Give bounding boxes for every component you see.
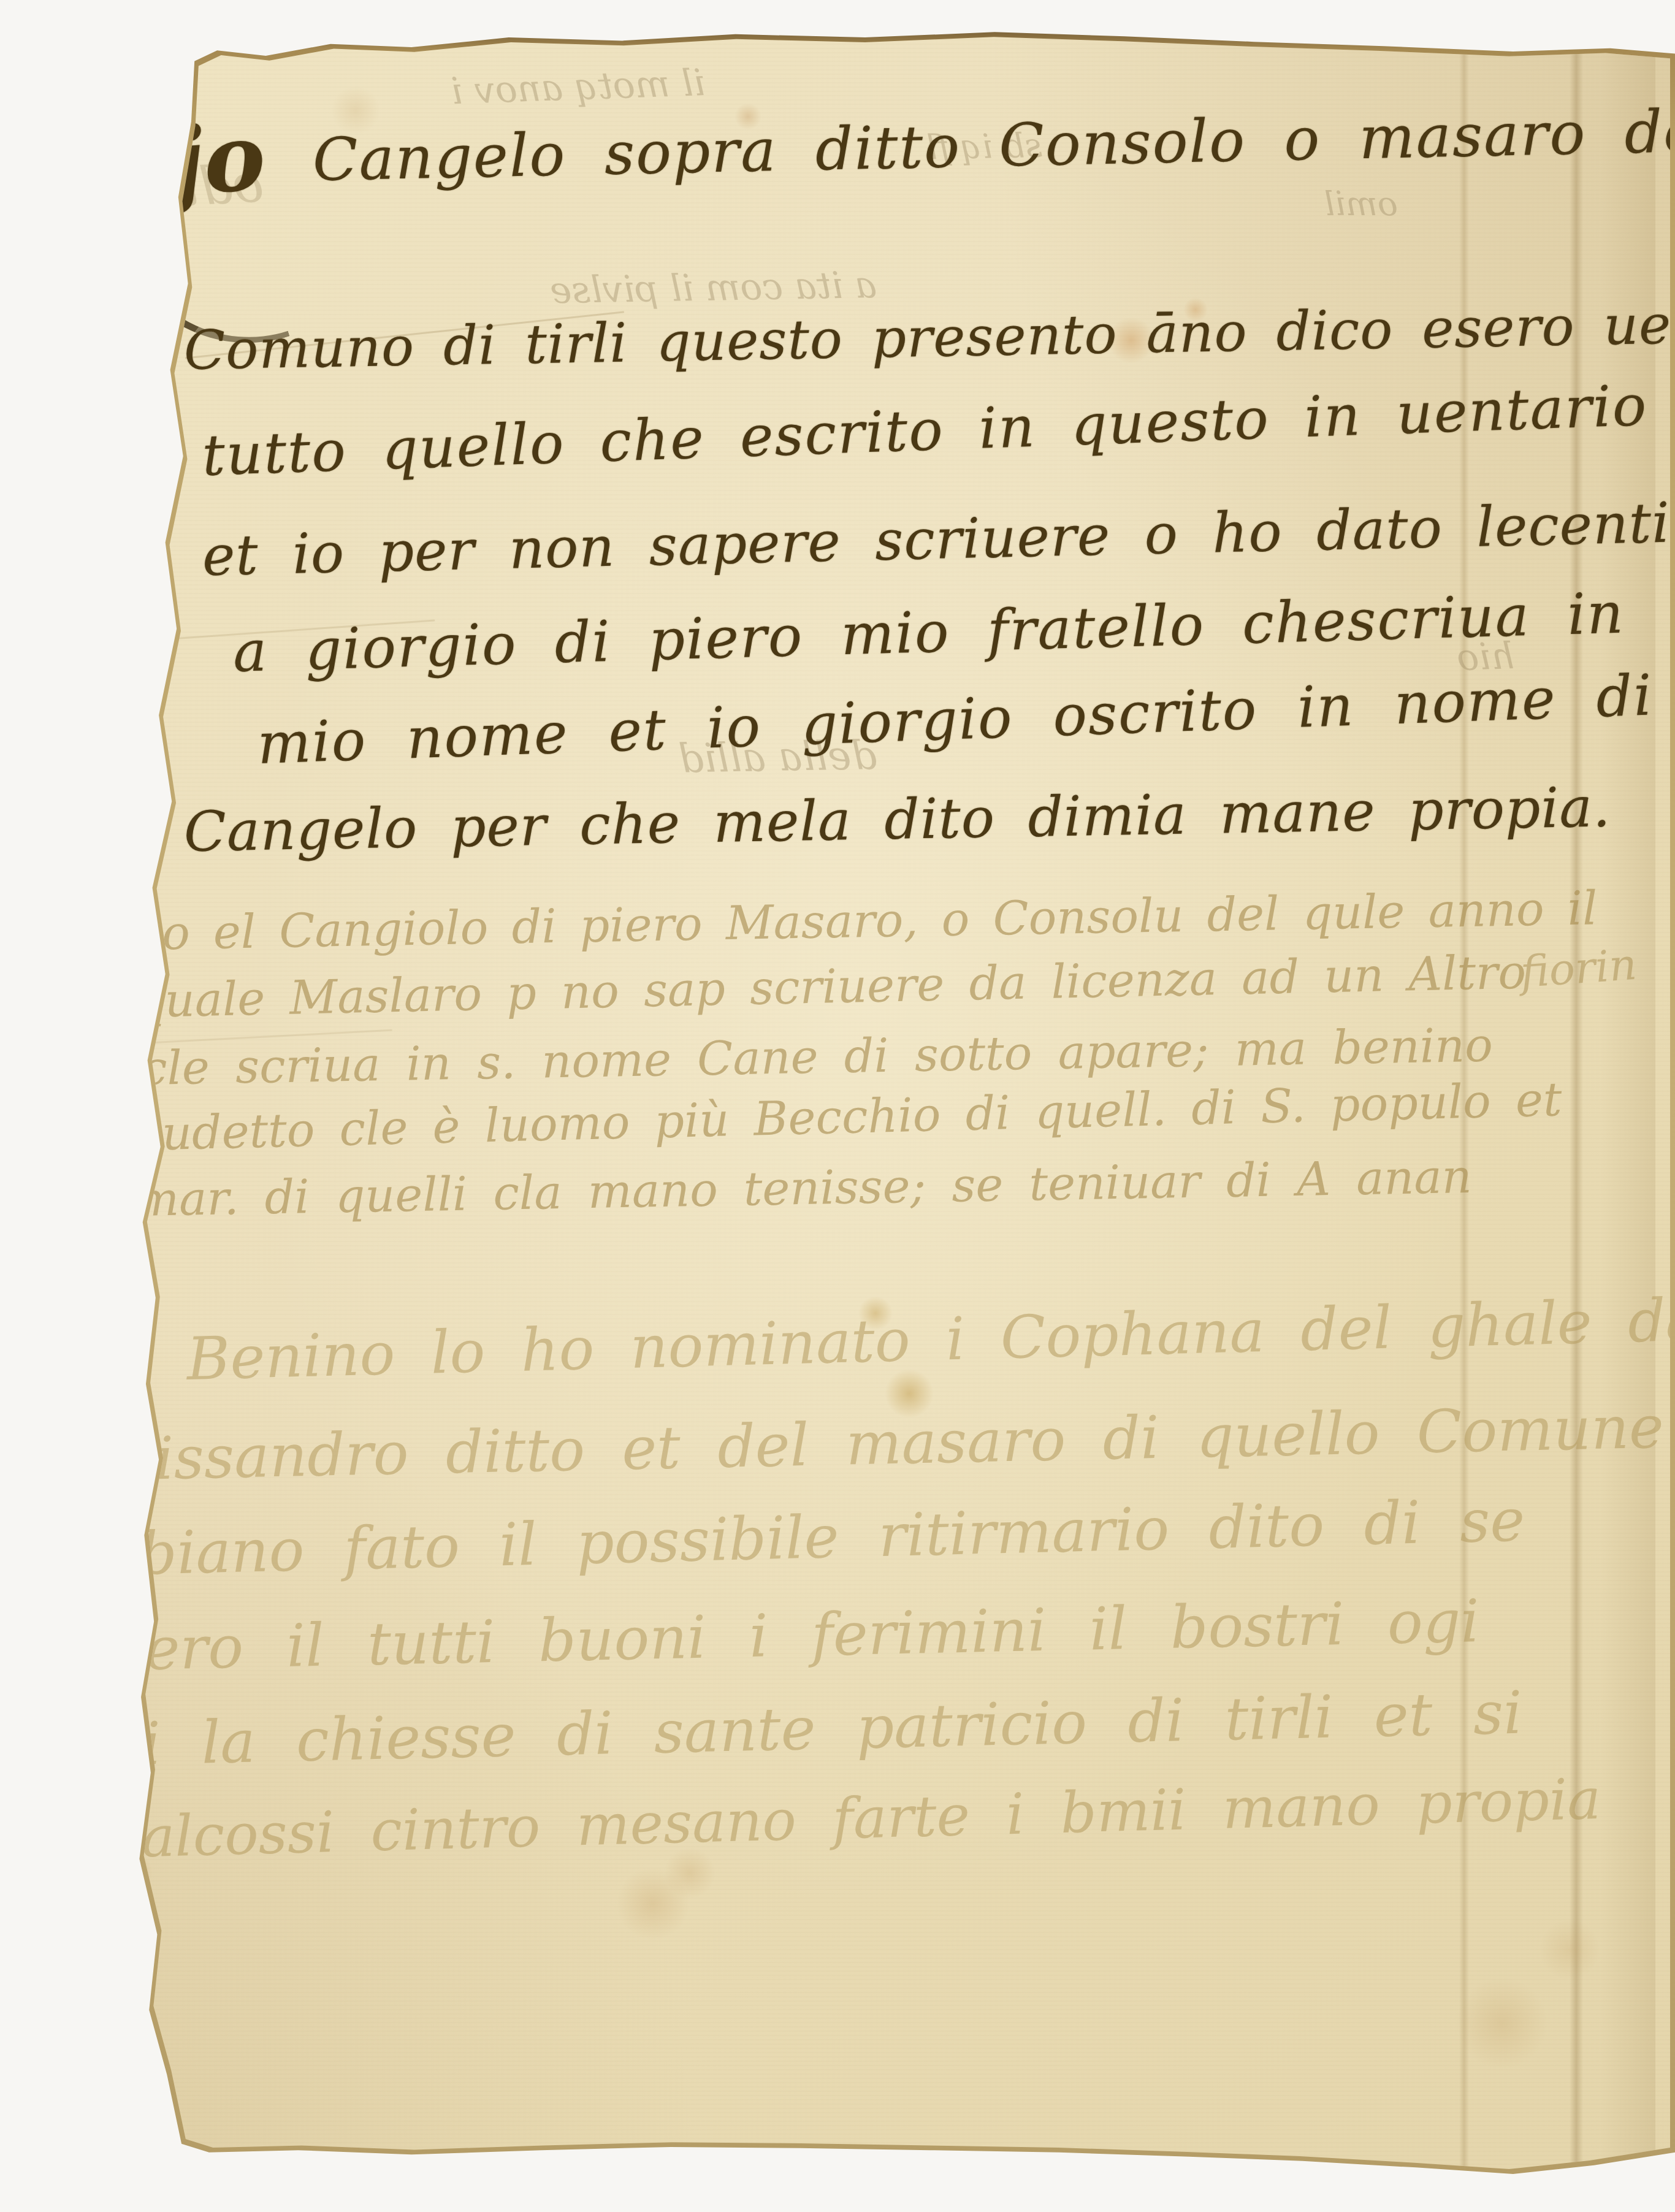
faded-line: Calcossi cintro mesano farte i bmii mano… (97, 1766, 1602, 1871)
faded-line: di la chiesse di sante patricio di tirli… (104, 1679, 1523, 1779)
faded-line: mar. di quelli cla mano tenisse; se teni… (134, 1149, 1472, 1227)
faded-line: pero il tutti buoni i ferimini il bostri… (107, 1587, 1480, 1684)
stain (1539, 1919, 1600, 1980)
page-content-layer: il motq anov i sb iq fl odt el a ita com… (0, 0, 1675, 2212)
paper-surface: il motq anov i sb iq fl odt el a ita com… (60, 29, 1670, 2178)
fold-gutter-shading (1600, 37, 1655, 2175)
manuscript-line: Cangelo per che mela dito dimia mane pro… (183, 775, 1611, 864)
bleedthrough-fragment: a ita com il pivlse (549, 264, 877, 312)
manuscript-line: et io per non sapere scriuere o ho dato … (202, 490, 1675, 589)
stain (81, 1733, 140, 1792)
bleedthrough-fragment: be (34, 585, 80, 628)
manuscript-line: tutto quello che escrito in questo in ue… (201, 373, 1649, 489)
faded-line: alissandro ditto et del masaro di quello… (101, 1393, 1665, 1494)
bleedthrough-fragment: il motq anov i (450, 61, 706, 113)
stain (122, 606, 154, 638)
manuscript-line: Comuno di tirli questo presento āno dico… (183, 292, 1675, 382)
manuscript-line: mio nome et io giorgio oscrito in nome d… (256, 663, 1654, 777)
faded-line: abiano fato il possibile ritirmario dito… (104, 1485, 1526, 1589)
manuscript-line: Cangelo sopra ditto Consolo o masaro del (312, 96, 1675, 194)
stain (1456, 1977, 1548, 2069)
bleedthrough-fragment: omil (1324, 184, 1398, 223)
faded-fragment: fiorin (1519, 939, 1638, 997)
scanner-background: il motq anov i sb iq fl odt el a ita com… (0, 0, 1675, 2212)
manuscript-line: a giorgio di piero mio fratello chescriu… (232, 581, 1625, 685)
manuscript-page: il motq anov i sb iq fl odt el a ita com… (55, 25, 1675, 2183)
bleedthrough-fragment: rl (56, 370, 86, 414)
